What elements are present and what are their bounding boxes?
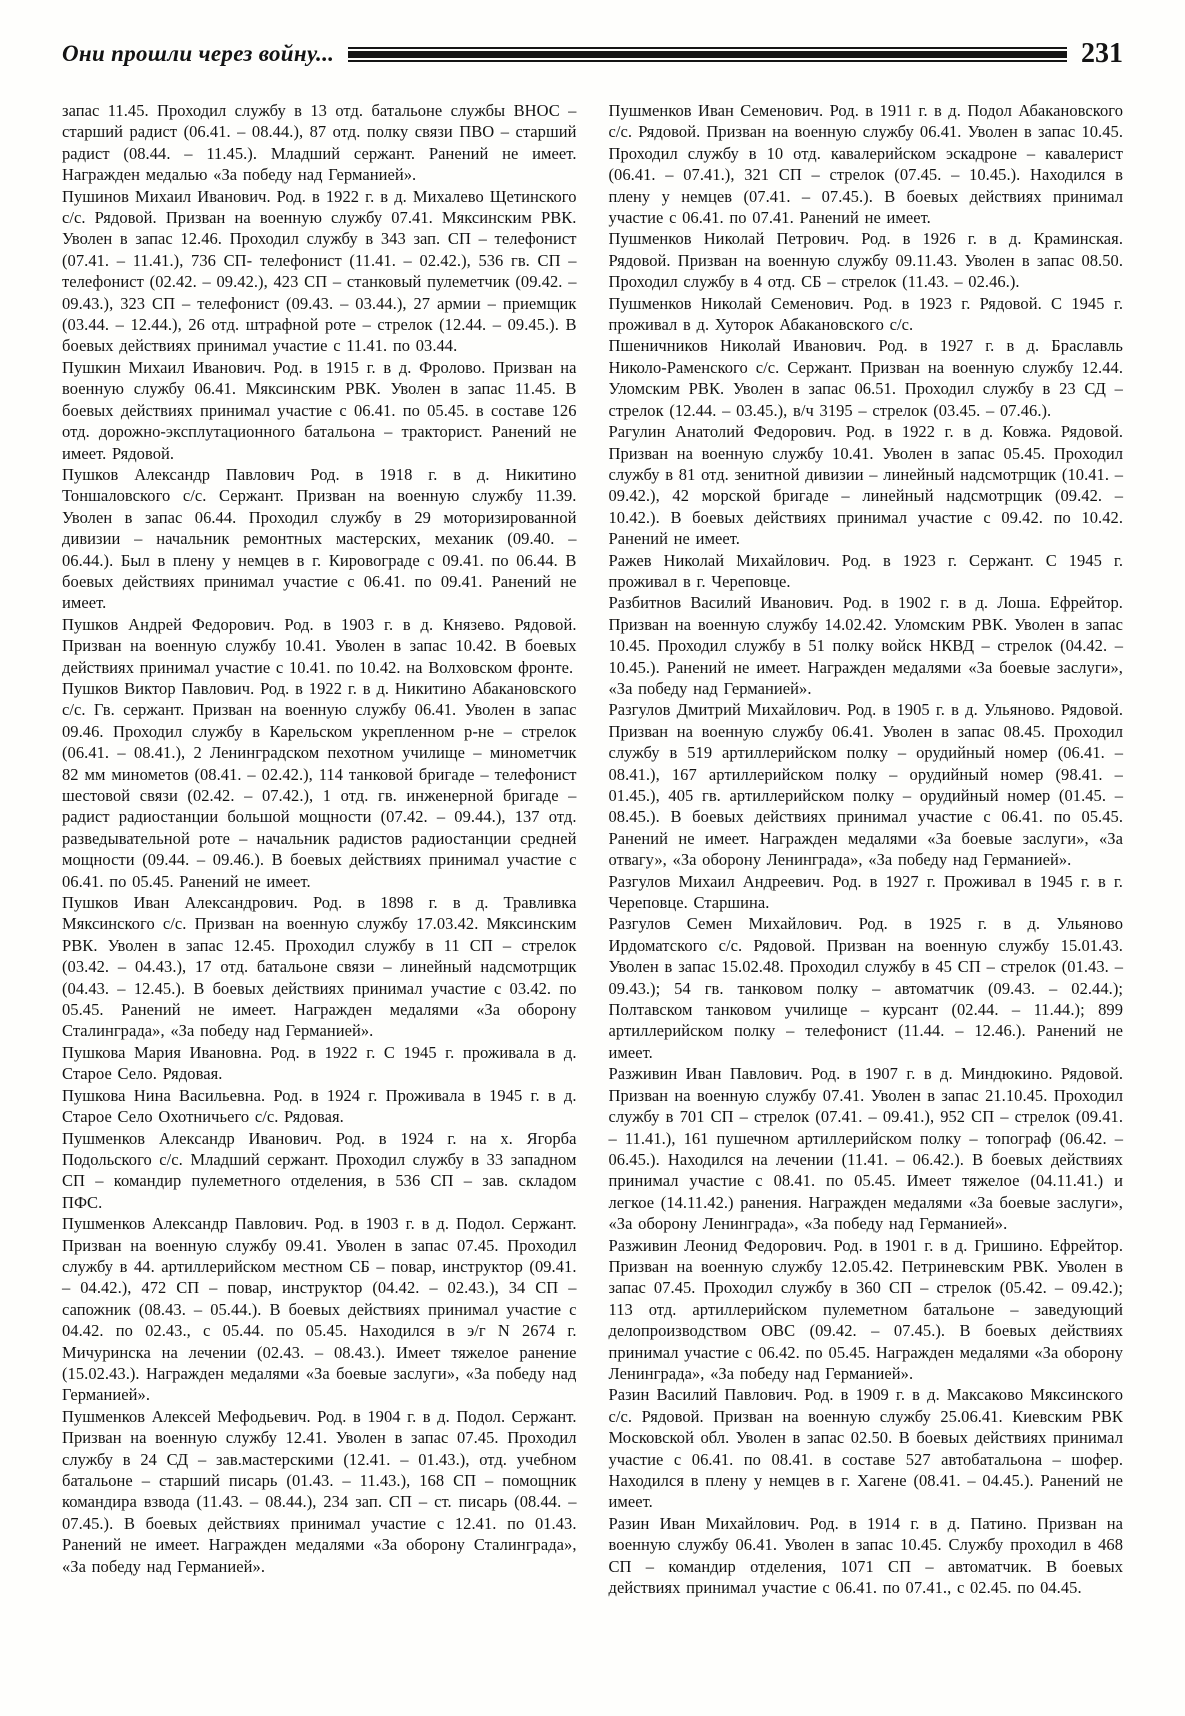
veteran-entry: Пушменков Николай Петрович. Род. в 1926 … (609, 228, 1124, 292)
veteran-entry: Пушинов Михаил Иванович. Род. в 1922 г. … (62, 186, 577, 357)
veteran-entry: Пушков Александр Павлович Род. в 1918 г.… (62, 464, 577, 614)
text-columns: запас 11.45. Проходил службу в 13 отд. б… (62, 100, 1123, 1598)
veteran-entry: Ражев Николай Михайлович. Род. в 1923 г.… (609, 550, 1124, 593)
veteran-entry: Пушков Виктор Павлович. Род. в 1922 г. в… (62, 678, 577, 892)
veteran-entry: Разживин Иван Павлович. Род. в 1907 г. в… (609, 1063, 1124, 1234)
veteran-entry: Пушменков Иван Семенович. Род. в 1911 г.… (609, 100, 1124, 228)
veteran-entry: Разживин Леонид Федорович. Род. в 1901 г… (609, 1235, 1124, 1385)
book-page: Они прошли через войну... 231 запас 11.4… (0, 0, 1185, 1716)
left-column: запас 11.45. Проходил службу в 13 отд. б… (62, 100, 577, 1598)
veteran-entry: Пушменков Алексей Мефодьевич. Род. в 190… (62, 1406, 577, 1577)
page-header: Они прошли через войну... 231 (62, 36, 1123, 72)
veteran-entry: Пшеничников Николай Иванович. Род. в 192… (609, 335, 1124, 421)
veteran-entry: Пушменков Николай Семенович. Род. в 1923… (609, 293, 1124, 336)
veteran-entry: Пушкин Михаил Иванович. Род. в 1915 г. в… (62, 357, 577, 464)
veteran-entry: Пушков Андрей Федорович. Род. в 1903 г. … (62, 614, 577, 678)
veteran-entry: Разин Василий Павлович. Род. в 1909 г. в… (609, 1384, 1124, 1512)
page-number: 231 (1081, 38, 1123, 70)
right-column: Пушменков Иван Семенович. Род. в 1911 г.… (609, 100, 1124, 1598)
veteran-entry: Пушменков Александр Павлович. Род. в 190… (62, 1213, 577, 1406)
veteran-entry: Разбитнов Василий Иванович. Род. в 1902 … (609, 592, 1124, 699)
veteran-entry: Разгулов Дмитрий Михайлович. Род. в 1905… (609, 699, 1124, 870)
veteran-entry: Рагулин Анатолий Федорович. Род. в 1922 … (609, 421, 1124, 549)
veteran-entry: Разгулов Михаил Андреевич. Род. в 1927 г… (609, 871, 1124, 914)
veteran-entry: Пушменков Александр Иванович. Род. в 192… (62, 1128, 577, 1214)
veteran-entry: Разгулов Семен Михайлович. Род. в 1925 г… (609, 913, 1124, 1063)
running-title: Они прошли через войну... (62, 41, 334, 67)
veteran-entry: запас 11.45. Проходил службу в 13 отд. б… (62, 100, 577, 186)
veteran-entry: Пушков Иван Александрович. Род. в 1898 г… (62, 892, 577, 1042)
veteran-entry: Пушкова Мария Ивановна. Род. в 1922 г. С… (62, 1042, 577, 1085)
header-rule-line (348, 47, 1067, 62)
veteran-entry: Пушкова Нина Васильевна. Род. в 1924 г. … (62, 1085, 577, 1128)
veteran-entry: Разин Иван Михайлович. Род. в 1914 г. в … (609, 1513, 1124, 1599)
